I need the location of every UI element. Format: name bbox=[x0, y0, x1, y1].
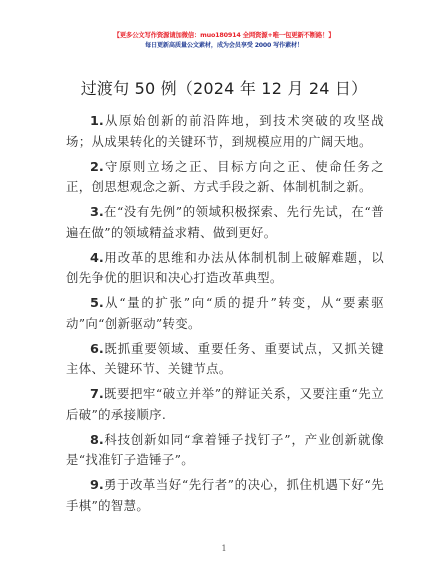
item-number: 9. bbox=[90, 478, 104, 493]
item-text: 既抓重要领域、重要任务、重要试点，又抓关键主体、关键环节、关键节点。 bbox=[66, 341, 384, 377]
item-text: 从原始创新的前沿阵地，到技术突破的攻坚战场；从成果转化的关键环节，到规模应用的广… bbox=[66, 113, 384, 149]
promo-resource-text: 全网资源+唯一包更新不断路！】 bbox=[243, 31, 335, 39]
list-item: 8.科技创新如同“拿着锤子找钉子”，产业创新就像是“找准钉子造锤子”。 bbox=[66, 430, 384, 470]
item-text: 守原则立场之正、目标方向之正、使命任务之正，创思想观念之新、方式手段之新、体制机… bbox=[66, 159, 384, 195]
document-page: 【更多公文写作资源请加微信：muo180914 全网资源+唯一包更新不断路！】 … bbox=[0, 0, 448, 580]
list-item: 3.在“没有先例”的领域积极探索、先行先试，在“普遍在做”的领域精益求精、做到更… bbox=[66, 202, 384, 242]
transition-sentence-list: 1.从原始创新的前沿阵地，到技术突破的攻坚战场；从成果转化的关键环节，到规模应用… bbox=[66, 111, 384, 521]
item-number: 8. bbox=[90, 433, 104, 448]
item-text: 科技创新如同“拿着锤子找钉子”，产业创新就像是“找准钉子造锤子”。 bbox=[66, 432, 384, 468]
list-item: 2.守原则立场之正、目标方向之正、使命任务之正，创思想观念之新、方式手段之新、体… bbox=[66, 157, 384, 197]
promo-banner-line-2: 每日更新高质量公文素材，成为会员享受 2000 写作素材！ bbox=[0, 41, 448, 50]
item-number: 5. bbox=[90, 296, 104, 311]
promo-wechat-text: 【更多公文写作资源请加微信：muo180914 bbox=[114, 31, 243, 39]
page-number: 1 bbox=[0, 544, 448, 553]
list-item: 5.从“量的扩张”向“质的提升”转变，从“要素驱动”向“创新驱动”转变。 bbox=[66, 293, 384, 333]
promo-banner-line-1: 【更多公文写作资源请加微信：muo180914 全网资源+唯一包更新不断路！】 bbox=[0, 31, 448, 40]
item-text: 勇于改革当好“先行者”的决心，抓住机遇下好“先手棋”的智慧。 bbox=[66, 477, 384, 513]
item-number: 2. bbox=[90, 160, 104, 175]
item-number: 7. bbox=[90, 387, 104, 402]
document-title: 过渡句 50 例（2024 年 12 月 24 日） bbox=[0, 78, 448, 100]
item-text: 用改革的思维和办法从体制机制上破解难题，以创先争优的胆识和决心打造改革典型。 bbox=[66, 250, 384, 286]
list-item: 1.从原始创新的前沿阵地，到技术突破的攻坚战场；从成果转化的关键环节，到规模应用… bbox=[66, 111, 384, 151]
promo-membership-text: 每日更新高质量公文素材，成为会员享受 2000 写作素材！ bbox=[145, 42, 303, 49]
item-text: 从“量的扩张”向“质的提升”转变，从“要素驱动”向“创新驱动”转变。 bbox=[66, 295, 384, 331]
item-number: 4. bbox=[90, 251, 104, 266]
item-number: 1. bbox=[90, 114, 104, 129]
list-item: 6.既抓重要领域、重要任务、重要试点，又抓关键主体、关键环节、关键节点。 bbox=[66, 339, 384, 379]
item-text: 既要把牢“破立并举”的辩证关系，又要注重“先立后破”的承接顺序. bbox=[66, 386, 384, 422]
item-number: 3. bbox=[90, 205, 104, 220]
item-text: 在“没有先例”的领域积极探索、先行先试，在“普遍在做”的领域精益求精、做到更好。 bbox=[66, 204, 384, 240]
list-item: 9.勇于改革当好“先行者”的决心，抓住机遇下好“先手棋”的智慧。 bbox=[66, 475, 384, 515]
item-number: 6. bbox=[90, 342, 104, 357]
list-item: 7.既要把牢“破立并举”的辩证关系，又要注重“先立后破”的承接顺序. bbox=[66, 384, 384, 424]
list-item: 4.用改革的思维和办法从体制机制上破解难题，以创先争优的胆识和决心打造改革典型。 bbox=[66, 248, 384, 288]
